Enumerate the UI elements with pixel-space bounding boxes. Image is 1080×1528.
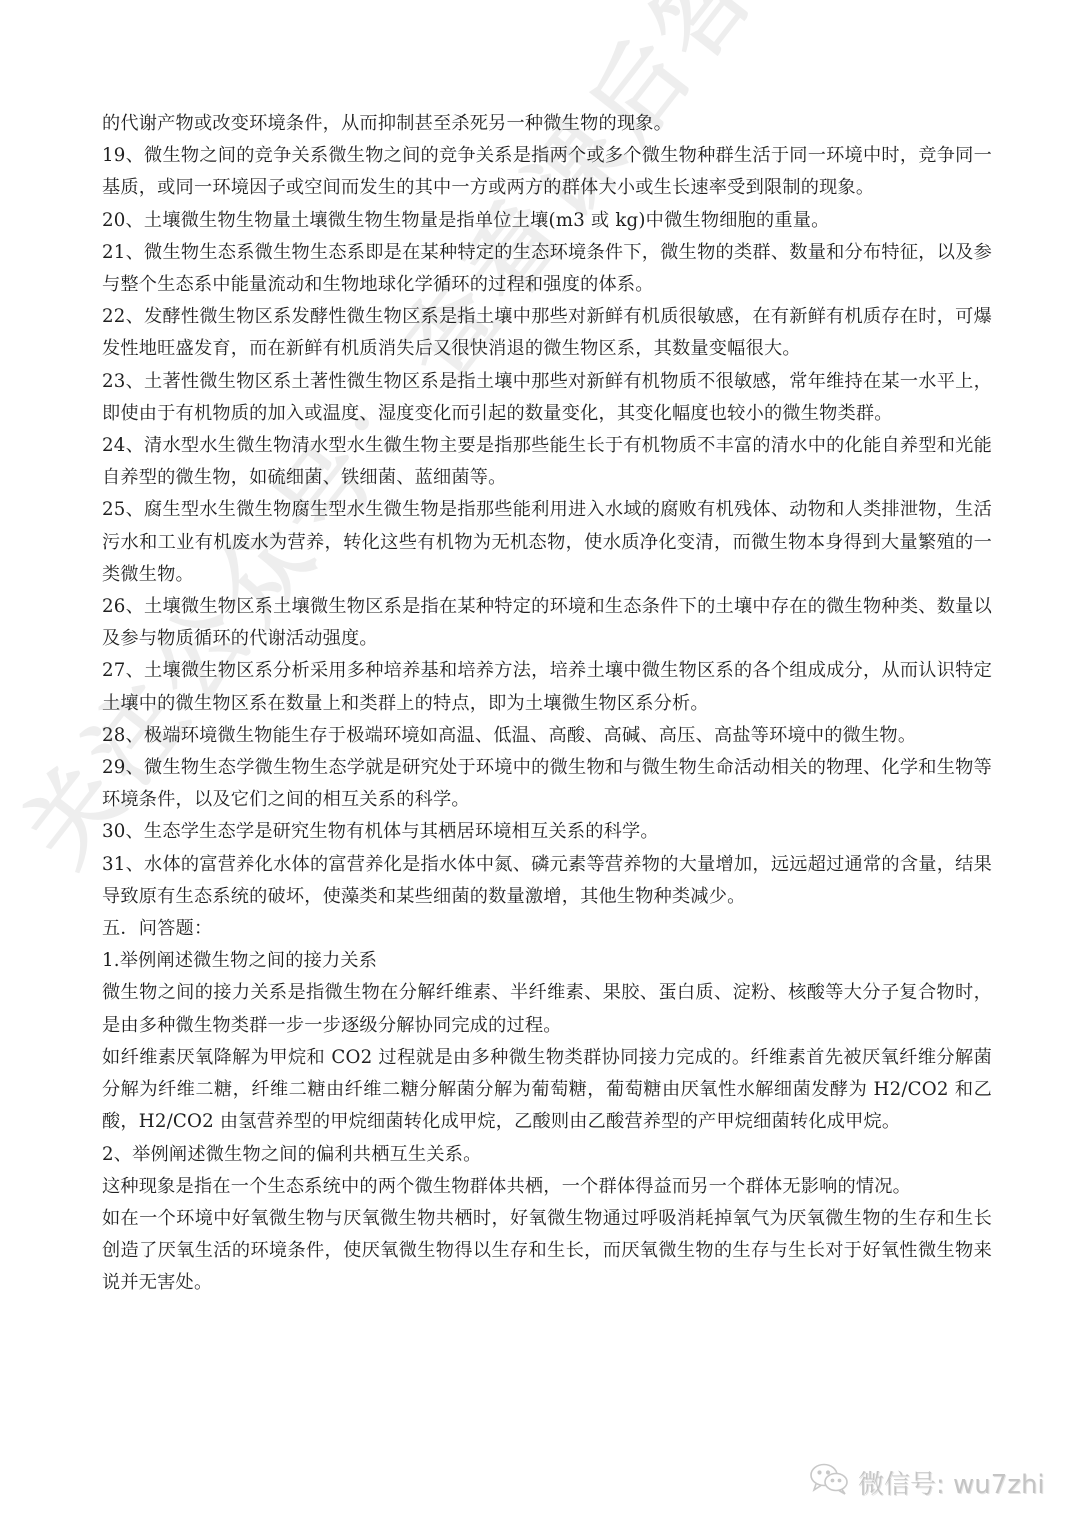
definition-31: 31、水体的富营养化水体的富营养化是指水体中氮、磷元素等营养物的大量增加，远远超… <box>102 849 992 913</box>
answer-2-paragraph-2: 如在一个环境中好氧微生物与厌氧微生物共栖时，好氧微生物通过呼吸消耗掉氧气为厌氧微… <box>102 1203 992 1300</box>
document-page: 关注公众号：查看课后答案 的代谢产物或改变环境条件，从而抑制甚至杀死另一种微生物… <box>0 0 1080 1528</box>
section-heading: 五．问答题： <box>102 913 992 945</box>
definition-20: 20、土壤微生物生物量土壤微生物生物量是指单位土壤(m3 或 kg)中微生物细胞… <box>102 205 992 237</box>
definition-25: 25、腐生型水生微生物腐生型水生微生物是指那些能利用进入水域的腐败有机残体、动物… <box>102 494 992 591</box>
answer-1-paragraph-1: 微生物之间的接力关系是指微生物在分解纤维素、半纤维素、果胶、蛋白质、淀粉、核酸等… <box>102 977 992 1041</box>
definition-28: 28、极端环境微生物能生存于极端环境如高温、低温、高酸、高碱、高压、高盐等环境中… <box>102 720 992 752</box>
definition-27: 27、土壤微生物区系分析采用多种培养基和培养方法，培养土壤中微生物区系的各个组成… <box>102 655 992 719</box>
definition-19: 19、微生物之间的竞争关系微生物之间的竞争关系是指两个或多个微生物种群生活于同一… <box>102 140 992 204</box>
definition-29: 29、微生物生态学微生物生态学就是研究处于环境中的微生物和与微生物生命活动相关的… <box>102 752 992 816</box>
wechat-id-watermark: 微信号: wu7zhi <box>808 1462 1045 1502</box>
definition-21: 21、微生物生态系微生物生态系即是在某种特定的生态环境条件下，微生物的类群、数量… <box>102 237 992 301</box>
definition-30: 30、生态学生态学是研究生物有机体与其栖居环境相互关系的科学。 <box>102 816 992 848</box>
answer-2-paragraph-1: 这种现象是指在一个生态系统中的两个微生物群体共栖，一个群体得益而另一个群体无影响… <box>102 1171 992 1203</box>
paragraph-continuation: 的代谢产物或改变环境条件，从而抑制甚至杀死另一种微生物的现象。 <box>102 108 992 140</box>
answer-1-paragraph-2: 如纤维素厌氧降解为甲烷和 CO2 过程就是由多种微生物类群协同接力完成的。纤维素… <box>102 1042 992 1139</box>
definition-23: 23、土著性微生物区系土著性微生物区系是指土壤中那些对新鲜有机物质不很敏感，常年… <box>102 366 992 430</box>
wechat-icon <box>808 1461 852 1504</box>
document-body: 的代谢产物或改变环境条件，从而抑制甚至杀死另一种微生物的现象。 19、微生物之间… <box>102 108 992 1300</box>
definition-24: 24、清水型水生微生物清水型水生微生物主要是指那些能生长于有机物质不丰富的清水中… <box>102 430 992 494</box>
definition-22: 22、发酵性微生物区系发酵性微生物区系是指土壤中那些对新鲜有机质很敏感，在有新鲜… <box>102 301 992 365</box>
question-1: 1.举例阐述微生物之间的接力关系 <box>102 945 992 977</box>
wechat-id-label: 微信号: wu7zhi <box>858 1464 1045 1501</box>
question-2: 2、举例阐述微生物之间的偏利共栖互生关系。 <box>102 1139 992 1171</box>
definition-26: 26、土壤微生物区系土壤微生物区系是指在某种特定的环境和生态条件下的土壤中存在的… <box>102 591 992 655</box>
